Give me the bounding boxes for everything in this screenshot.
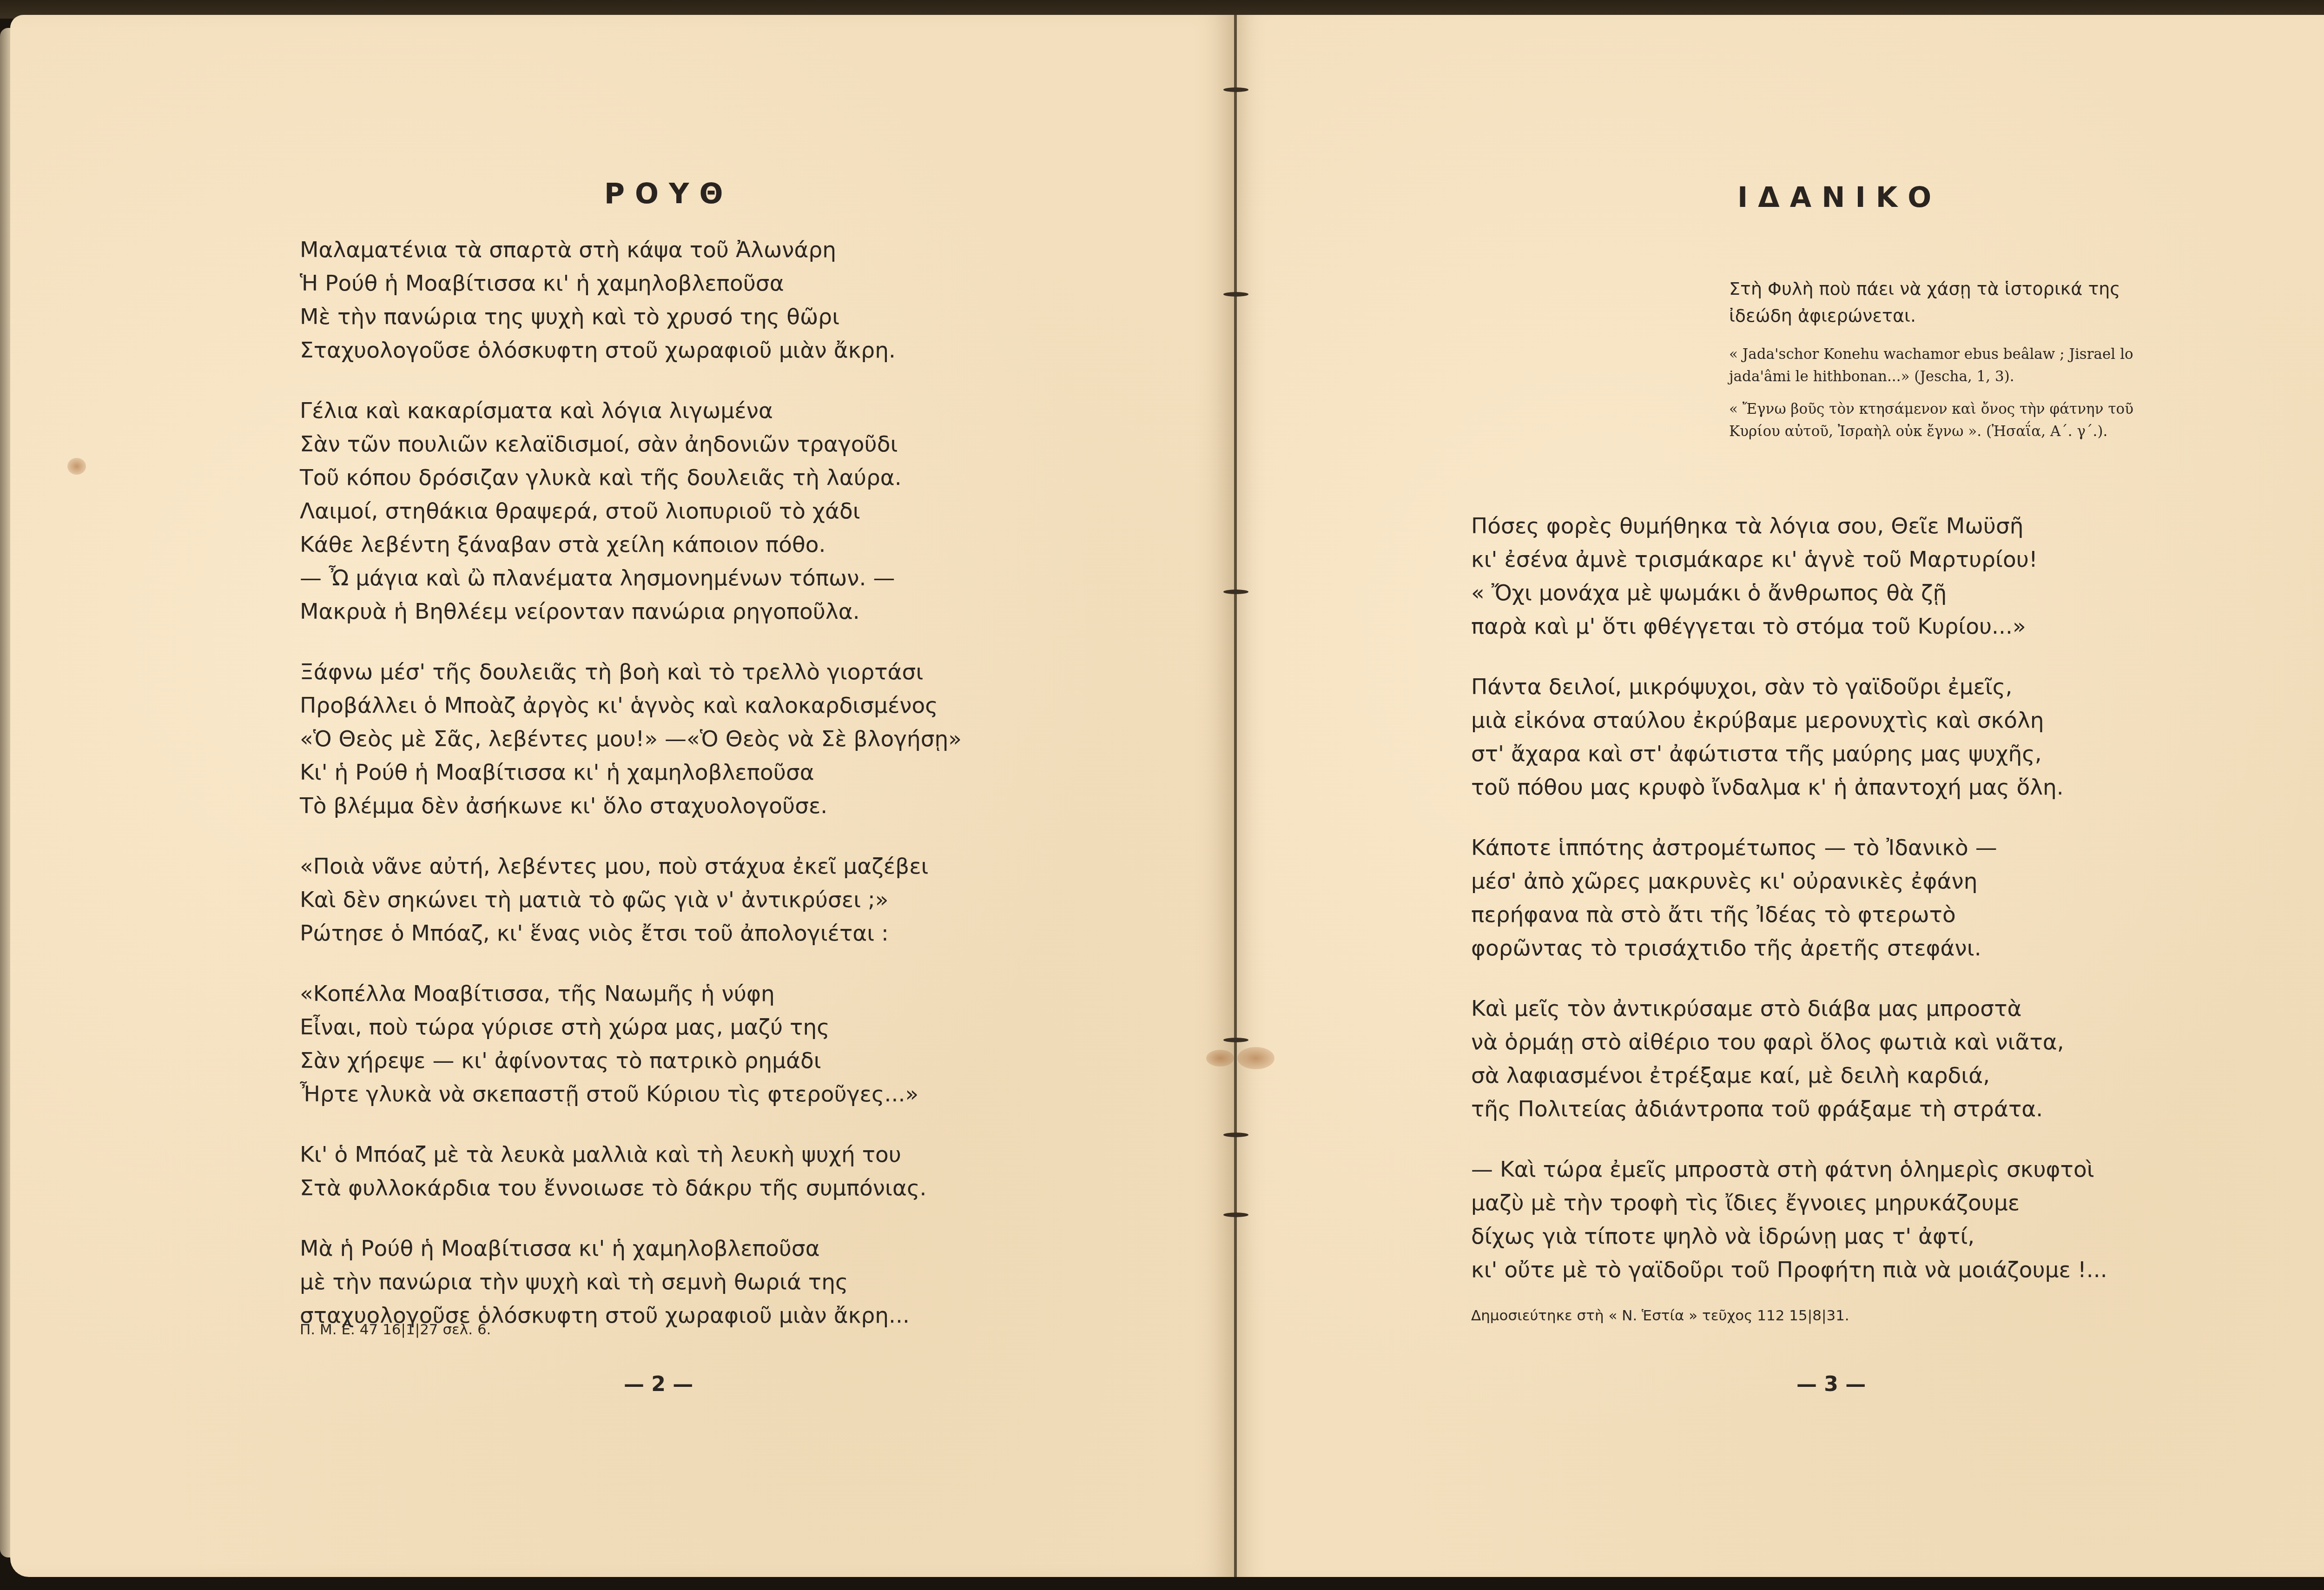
verse-line: στ' ἄχαρα καὶ στ' ἀφώτιστα τῆς μαύρης μα… [1471,737,2107,771]
verse-line: Κι' ὁ Μπόαζ μὲ τὰ λευκὰ μαλλιὰ καὶ τὴ λε… [300,1138,962,1172]
binding-stitch [1223,1038,1248,1042]
verse-line: Κάποτε ἱππότης ἀστρομέτωπος — τὸ Ἰδανικὸ… [1471,831,2107,865]
hebrew-quote: « Jada'schor Konehu wachamor ebus beâlaw… [1729,343,2133,388]
verse-line: νὰ ὁρμάῃ στὸ αἰθέριο του φαρὶ ὅλος φωτιὰ… [1471,1026,2107,1059]
page-number: — 3 — [1796,1372,1866,1396]
stanza: Ξάφνω μέσ' τῆς δουλειᾶς τὴ βοὴ καὶ τὸ τρ… [300,656,962,823]
verse-line: Γέλια καὶ κακαρίσματα καὶ λόγια λιγωμένα [300,394,962,428]
verse-line: — Ὦ μάγια καὶ ὢ πλανέματα λησμονημένων τ… [300,562,962,595]
verse-line: φορῶντας τὸ τρισάχτιδο τῆς ἀρετῆς στεφάν… [1471,932,2107,965]
greek-quote: « Ἔγνω βοῦς τὸν κτησάμενον καὶ ὄνος τὴν … [1729,398,2133,443]
verse-line: Εἶναι, ποὺ τώρα γύρισε στὴ χώρα μας, μαζ… [300,1011,962,1044]
verse-line: μιὰ εἰκόνα σταύλου ἐκρύβαμε μερονυχτὶς κ… [1471,704,2107,737]
verse-line: δίχως γιὰ τίποτε ψηλὸ νὰ ἱδρώνῃ μας τ' ἀ… [1471,1220,2107,1253]
stanza: — Καὶ τώρα ἐμεῖς μπροστὰ στὴ φάτνη ὁλημε… [1471,1153,2107,1287]
dedication-line: Στὴ Φυλὴ ποὺ πάει νὰ χάσῃ τὰ ἱστορικά τη… [1729,275,2133,302]
verse-line: Προβάλλει ὁ Μποὰζ ἀργὸς κι' ἁγνὸς καὶ κα… [300,689,962,722]
paper-stain [1237,1047,1274,1069]
verse-line: κι' οὔτε μὲ τὸ γαϊδοῦρι τοῦ Προφήτη πιὰ … [1471,1253,2107,1287]
poem-body-routh: Μαλαματένια τὰ σπαρτὰ στὴ κάψα τοῦ Ἀλωνά… [300,233,962,1332]
verse-line: τοῦ πόθου μας κρυφὸ ἴνδαλμα κ' ἡ ἀπαντοχ… [1471,771,2107,804]
stanza: Πόσες φορὲς θυμήθηκα τὰ λόγια σου, Θεῖε … [1471,510,2107,643]
verse-line: Καὶ μεῖς τὸν ἀντικρύσαμε στὸ διάβα μας μ… [1471,992,2107,1026]
right-page: ΙΔΑΝΙΚΟ Στὴ Φυλὴ ποὺ πάει νὰ χάσῃ τὰ ἱστ… [1236,15,2324,1577]
verse-line: τῆς Πολιτείας ἀδιάντροπα τοῦ φράξαμε τὴ … [1471,1093,2107,1126]
verse-line: Σὰν τῶν πουλιῶν κελαϊδισμοί, σὰν ἀηδονιῶ… [300,428,962,461]
left-page: ΡΟΥΘ Μαλαματένια τὰ σπαρτὰ στὴ κάψα τοῦ … [10,15,1235,1577]
verse-line: Λαιμοί, στηθάκια θραψερά, στοῦ λιοπυριοῦ… [300,495,962,528]
verse-line: σὰ λαφιασμένοι ἐτρέξαμε καί, μὲ δειλὴ κα… [1471,1059,2107,1093]
verse-line: Μαλαματένια τὰ σπαρτὰ στὴ κάψα τοῦ Ἀλωνά… [300,233,962,267]
dedication-line: ἰδεώδη ἀφιερώνεται. [1729,302,2133,329]
verse-line: «Ὁ Θεὸς μὲ Σᾶς, λεβέντες μου!» —«Ὁ Θεὸς … [300,722,962,756]
verse-line: «Ποιὰ νᾶνε αὐτή, λεβέντες μου, ποὺ στάχυ… [300,850,962,883]
verse-line: Κι' ἡ Ρούθ ἡ Μοαβίτισσα κι' ἡ χαμηλοβλεπ… [300,756,962,789]
page-stack-edge [0,28,11,1557]
verse-line: Ἡ Ρούθ ἡ Μοαβίτισσα κι' ἡ χαμηλοβλεποῦσα [300,267,962,300]
quote-line: « Jada'schor Konehu wachamor ebus beâlaw… [1729,343,2133,365]
epigraph: Στὴ Φυλὴ ποὺ πάει νὰ χάσῃ τὰ ἱστορικά τη… [1729,275,2133,453]
stanza: «Κοπέλλα Μοαβίτισσα, τῆς Ναωμῆς ἡ νύφη Ε… [300,977,962,1111]
verse-line: Μακρυὰ ἡ Βηθλέεμ νείρονταν πανώρια ρηγοπ… [300,595,962,629]
verse-line: κι' ἐσένα ἀμνὲ τρισμάκαρε κι' ἁγνὲ τοῦ Μ… [1471,543,2107,576]
verse-line: Τὸ βλέμμα δὲν ἀσήκωνε κι' ὅλο σταχυολογο… [300,789,962,823]
binding-stitch [1223,1133,1248,1137]
binding-stitch [1223,1212,1248,1217]
verse-line: μὲ τὴν πανώρια τὴν ψυχὴ καὶ τὴ σεμνὴ θωρ… [300,1265,962,1299]
verse-line: Κάθε λεβέντη ξάναβαν στὰ χείλη κάποιον π… [300,528,962,562]
binding-stitch [1223,590,1248,594]
verse-line: Μὰ ἡ Ρούθ ἡ Μοαβίτισσα κι' ἡ χαμηλοβλεπο… [300,1232,962,1265]
verse-line: Στὰ φυλλοκάρδια του ἔννοιωσε τὸ δάκρυ τῆ… [300,1172,962,1205]
stanza: «Ποιὰ νᾶνε αὐτή, λεβέντες μου, ποὺ στάχυ… [300,850,962,950]
verse-line: Πάντα δειλοί, μικρόψυχοι, σὰν τὸ γαϊδοῦρ… [1471,670,2107,704]
publication-note: Δημοσιεύτηκε στὴ « Ν. Ἑστία » τεῦχος 112… [1471,1307,1849,1324]
paper-stain [1206,1050,1234,1067]
publication-note: Π. Μ. Ε. 47 16|1|27 σελ. 6. [300,1321,491,1338]
poem-title-routh: ΡΟΥΘ [604,178,733,210]
verse-line: μαζὺ μὲ τὴν τροφὴ τὶς ἴδιες ἔγνοιες μηρυ… [1471,1186,2107,1220]
poem-body-idaniko: Πόσες φορὲς θυμήθηκα τὰ λόγια σου, Θεῖε … [1471,510,2107,1287]
verse-line: Τοῦ κόπου δρόσιζαν γλυκὰ καὶ τῆς δουλειᾶ… [300,461,962,495]
verse-line: Πόσες φορὲς θυμήθηκα τὰ λόγια σου, Θεῖε … [1471,510,2107,543]
verse-line: Ρώτησε ὁ Μπόαζ, κι' ἕνας νιὸς ἔτσι τοῦ ἀ… [300,917,962,950]
verse-line: Ξάφνω μέσ' τῆς δουλειᾶς τὴ βοὴ καὶ τὸ τρ… [300,656,962,689]
verse-line: Σταχυολογοῦσε ὁλόσκυφτη στοῦ χωραφιοῦ μι… [300,334,962,367]
verse-line: Ἦρτε γλυκὰ νὰ σκεπαστῇ στοῦ Κύριου τὶς φ… [300,1078,962,1111]
verse-line: περήφανα πὰ στὸ ἄτι τῆς Ἰδέας τὸ φτερωτὸ [1471,898,2107,932]
verse-line: Μὲ τὴν πανώρια της ψυχὴ καὶ τὸ χρυσό της… [300,300,962,334]
binding-stitch [1223,87,1248,92]
page-number: — 2 — [624,1372,693,1396]
binding-stitch [1223,292,1248,297]
quote-line: jada'âmi le hithbonan...» (Jescha, 1, 3)… [1729,365,2133,388]
verse-line: παρὰ καὶ μ' ὅτι φθέγγεται τὸ στόμα τοῦ Κ… [1471,610,2107,643]
stanza: Κι' ὁ Μπόαζ μὲ τὰ λευκὰ μαλλιὰ καὶ τὴ λε… [300,1138,962,1205]
dedication: Στὴ Φυλὴ ποὺ πάει νὰ χάσῃ τὰ ἱστορικά τη… [1729,275,2133,329]
book-spine [1234,15,1237,1577]
stanza: Πάντα δειλοί, μικρόψυχοι, σὰν τὸ γαϊδοῦρ… [1471,670,2107,804]
quote-line: Κυρίου αὐτοῦ, Ἰσραὴλ οὐκ ἔγνω ». (Ἠσαΐα,… [1729,420,2133,443]
verse-line: — Καὶ τώρα ἐμεῖς μπροστὰ στὴ φάτνη ὁλημε… [1471,1153,2107,1186]
verse-line: μέσ' ἀπὸ χῶρες μακρυνὲς κι' οὐρανικὲς ἐφ… [1471,865,2107,898]
stanza: Μαλαματένια τὰ σπαρτὰ στὴ κάψα τοῦ Ἀλωνά… [300,233,962,367]
poem-title-idaniko: ΙΔΑΝΙΚΟ [1737,181,1941,214]
stanza: Γέλια καὶ κακαρίσματα καὶ λόγια λιγωμένα… [300,394,962,629]
stanza: Μὰ ἡ Ρούθ ἡ Μοαβίτισσα κι' ἡ χαμηλοβλεπο… [300,1232,962,1332]
verse-line: « Ὄχι μονάχα μὲ ψωμάκι ὁ ἄνθρωπος θὰ ζῇ [1471,576,2107,610]
stanza: Κάποτε ἱππότης ἀστρομέτωπος — τὸ Ἰδανικὸ… [1471,831,2107,965]
verse-line: «Κοπέλλα Μοαβίτισσα, τῆς Ναωμῆς ἡ νύφη [300,977,962,1011]
quote-line: « Ἔγνω βοῦς τὸν κτησάμενον καὶ ὄνος τὴν … [1729,398,2133,420]
verse-line: Σὰν χήρεψε — κι' ἀφίνοντας τὸ πατρικὸ ρη… [300,1044,962,1078]
verse-line: Καὶ δὲν σηκώνει τὴ ματιὰ τὸ φῶς γιὰ ν' ἀ… [300,883,962,917]
paper-stain [67,458,86,475]
stanza: Καὶ μεῖς τὸν ἀντικρύσαμε στὸ διάβα μας μ… [1471,992,2107,1126]
